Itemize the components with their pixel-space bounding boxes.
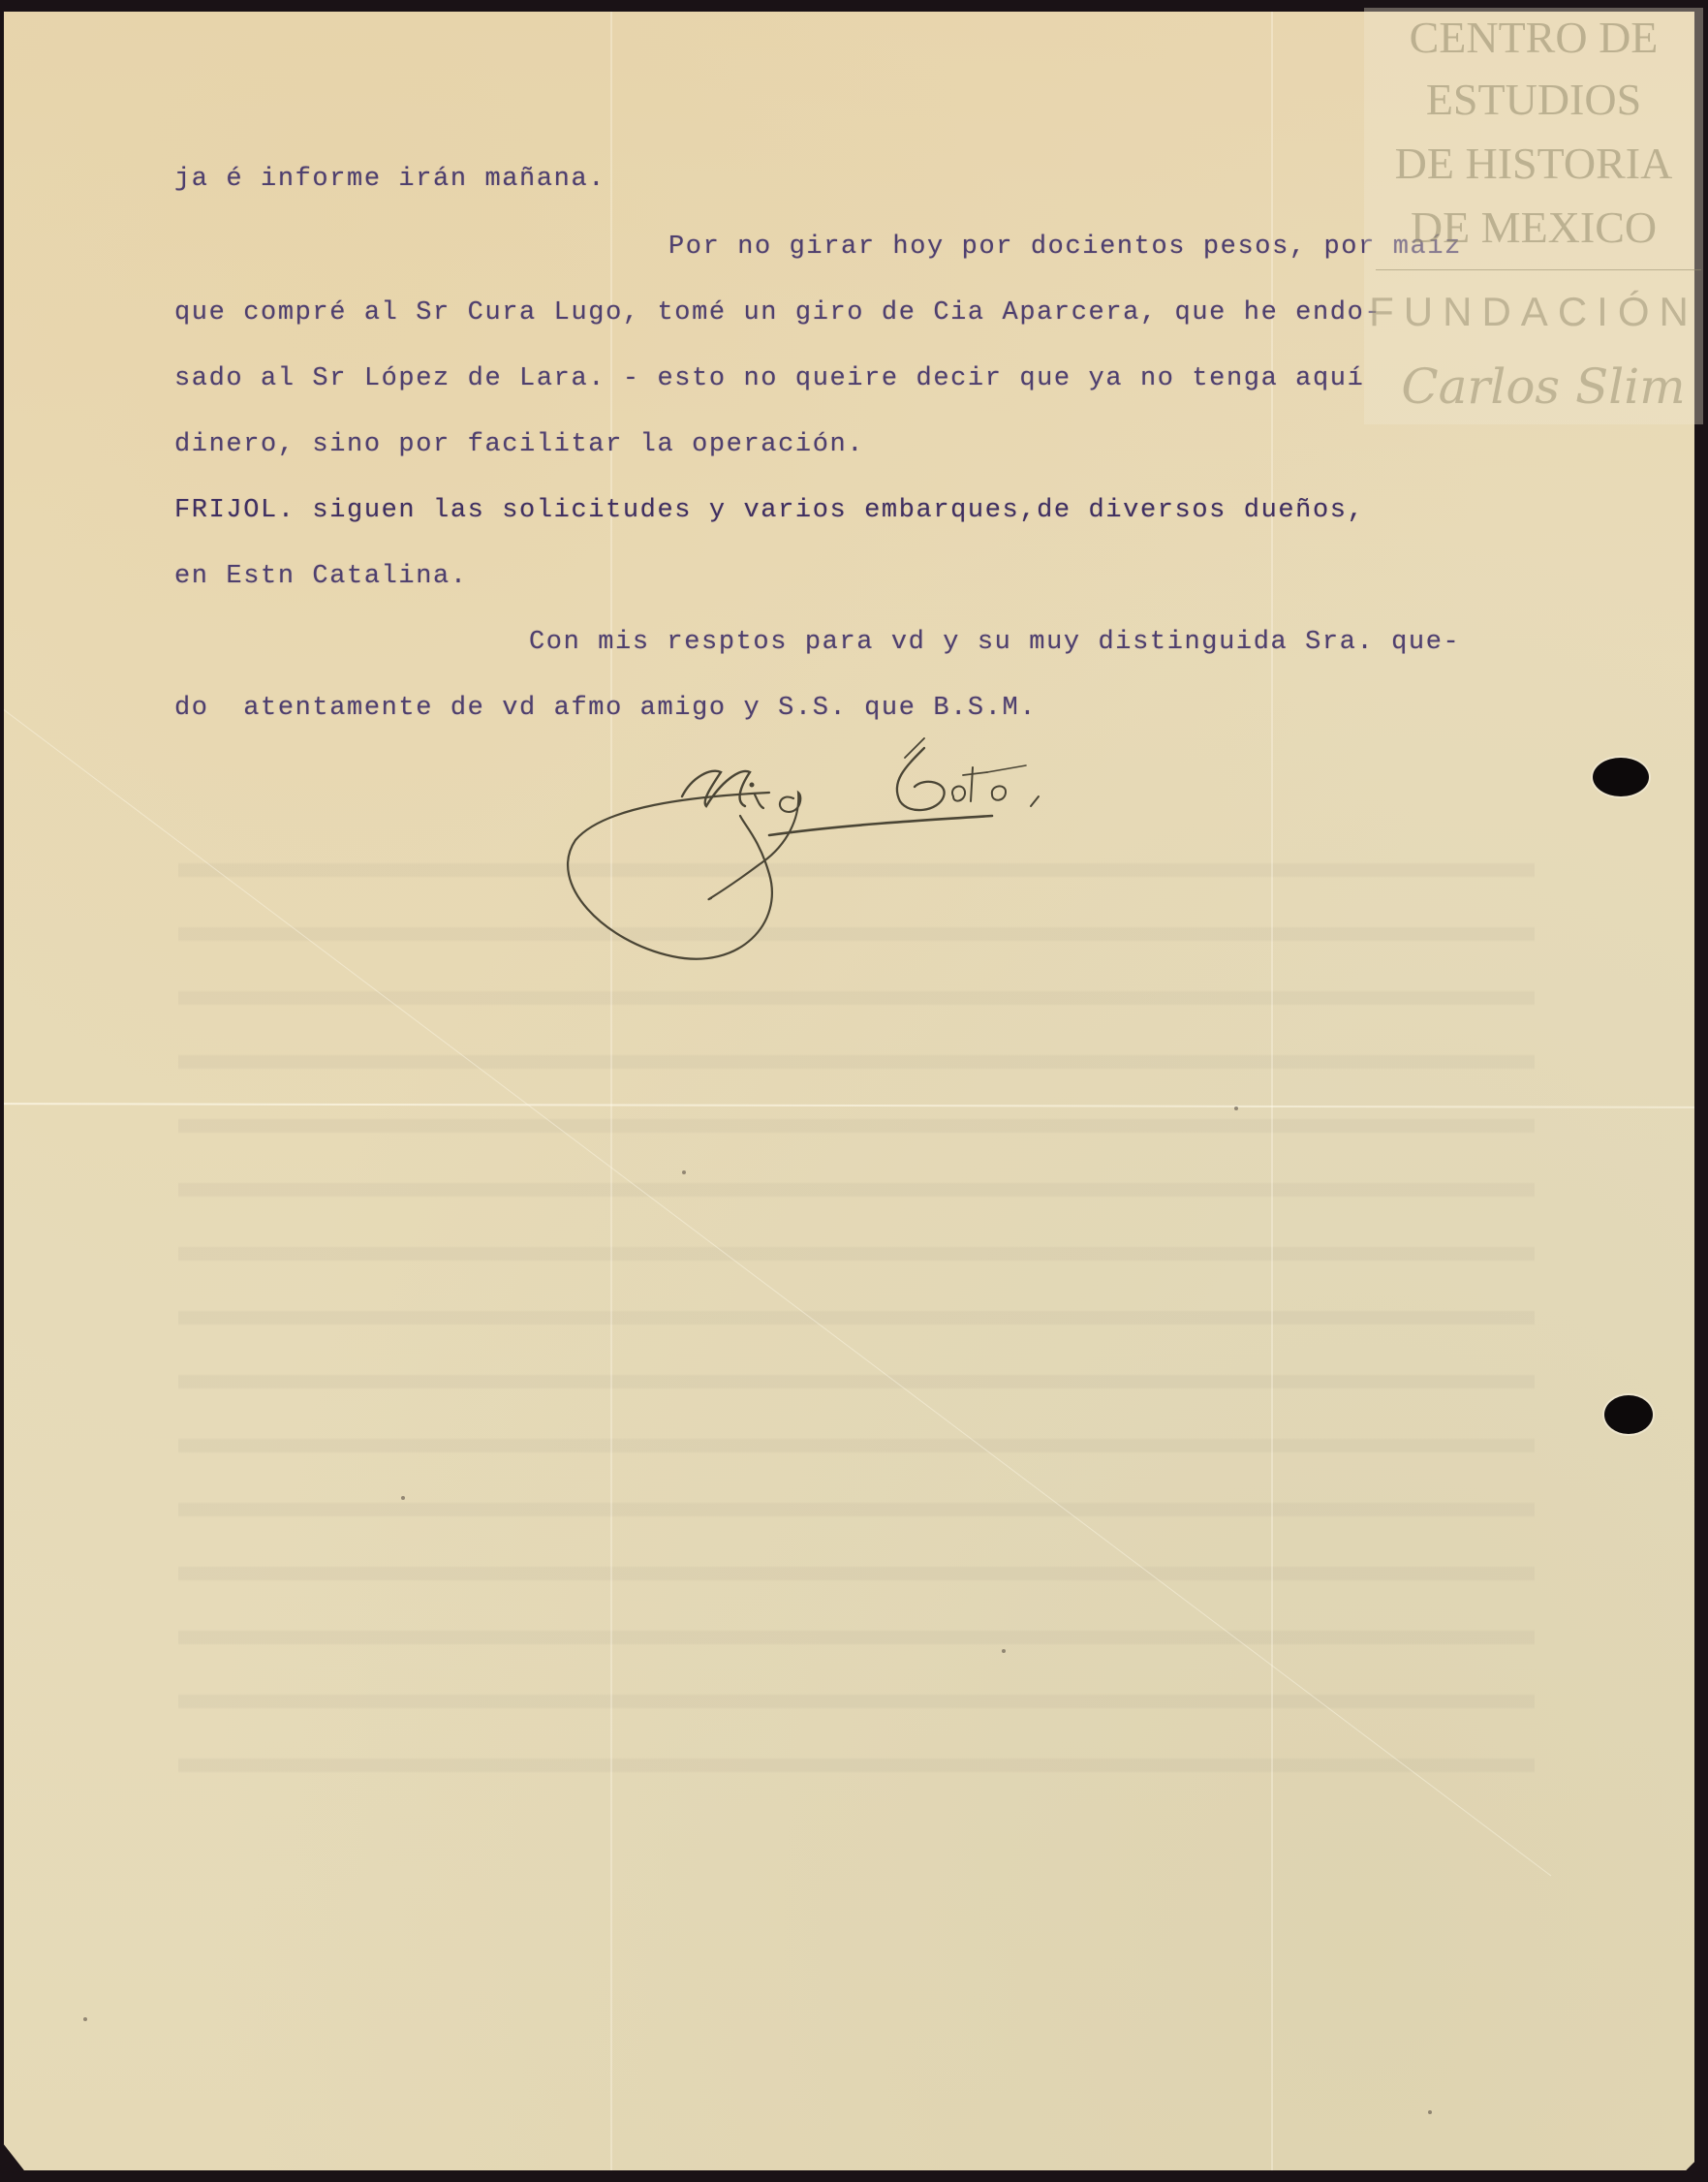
fold-line-vertical <box>610 12 612 2170</box>
watermark-line-4: DE MEXICO <box>1364 205 1703 250</box>
paper-speck <box>1234 1107 1238 1110</box>
paper-speck <box>682 1170 686 1174</box>
punch-hole-top <box>1593 758 1649 796</box>
letter-line-2: Por no girar hoy por docientos pesos, po… <box>668 233 1462 262</box>
watermark-line-3: DE HISTORIA <box>1364 141 1703 186</box>
letter-line-6: FRIJOL. siguen las solicitudes y varios … <box>174 496 1364 525</box>
handwritten-signature <box>546 729 1321 981</box>
watermark-script-signature: Carlos Slim <box>1383 358 1703 415</box>
watermark-divider <box>1376 269 1701 270</box>
archive-watermark: CENTRO DE ESTUDIOS DE HISTORIA DE MEXICO… <box>1364 8 1703 424</box>
letter-line-3: que compré al Sr Cura Lugo, tomé un giro… <box>174 298 1382 327</box>
fold-line-vertical <box>1271 12 1273 2170</box>
watermark-fundacion: FUNDACIÓN <box>1364 289 1703 335</box>
watermark-line-2: ESTUDIOS <box>1364 78 1703 122</box>
paper-speck <box>401 1496 405 1500</box>
paper-speck <box>1002 1649 1006 1653</box>
watermark-line-1: CENTRO DE <box>1364 16 1703 60</box>
paper-speck <box>83 2017 87 2021</box>
letter-line-7: en Estn Catalina. <box>174 562 468 591</box>
letter-line-4: sado al Sr López de Lara. - esto no quei… <box>174 364 1364 393</box>
letter-line-8: Con mis resptos para vd y su muy disting… <box>529 628 1460 657</box>
paper-speck <box>1428 2110 1432 2114</box>
letter-line-9: do atentamente de vd afmo amigo y S.S. q… <box>174 694 1037 723</box>
punch-hole-bottom <box>1604 1395 1653 1434</box>
letter-line-5: dinero, sino por facilitar la operación. <box>174 430 864 459</box>
letter-line-1: ja é informe irán mañana. <box>174 165 606 194</box>
